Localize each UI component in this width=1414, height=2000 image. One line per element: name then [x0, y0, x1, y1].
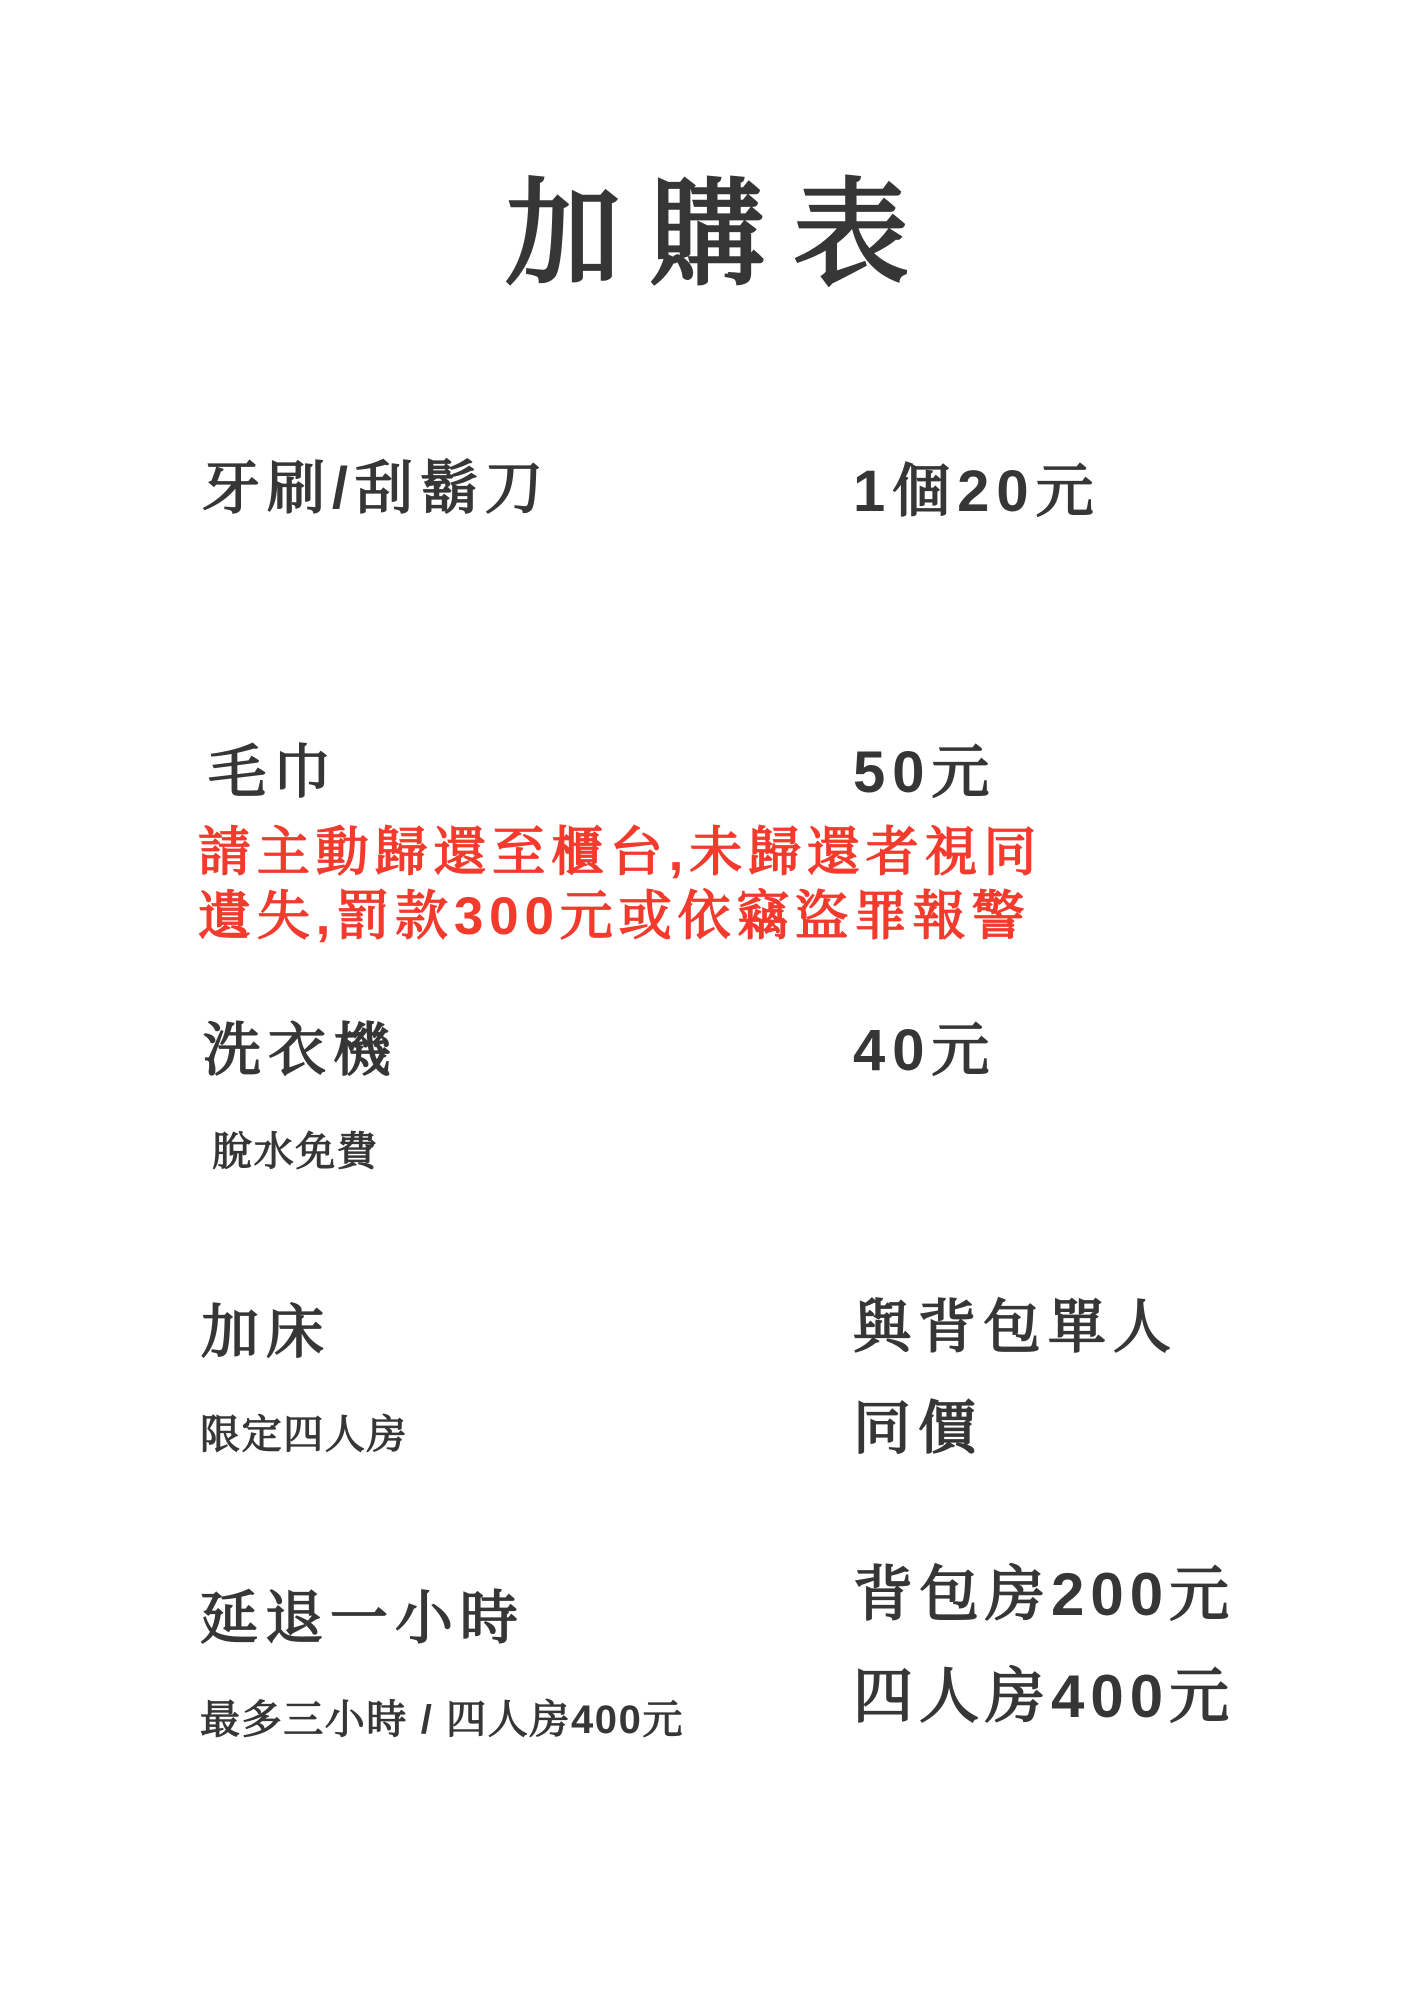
item-price-extra-bed-line-2: 同價 — [853, 1400, 983, 1458]
item-price-toothbrush-razor: 1個20元 — [853, 463, 1101, 521]
item-name-toothbrush-razor: 牙刷/刮鬍刀 — [202, 460, 550, 518]
item-price-late-checkout-line-1: 背包房200元 — [853, 1565, 1235, 1625]
item-name-towel: 毛巾 — [208, 744, 338, 802]
price-sheet: 加購表 牙刷/刮鬍刀 1個20元 毛巾 50元 請主動歸還至櫃台,未歸還者視同 … — [0, 0, 1414, 2000]
item-price-late-checkout-line-2: 四人房400元 — [853, 1667, 1235, 1727]
item-note-washing-machine: 脫水免費 — [212, 1132, 378, 1172]
item-price-extra-bed-line-1: 與背包單人 — [853, 1299, 1178, 1357]
item-warning-line-1: 請主動歸還至櫃台,未歸還者視同 — [198, 826, 1042, 879]
item-name-washing-machine: 洗衣機 — [203, 1022, 398, 1080]
item-name-extra-bed: 加床 — [201, 1304, 331, 1362]
item-name-late-checkout: 延退一小時 — [200, 1590, 525, 1648]
item-warning-line-2: 遺失,罰款300元或依竊盜罪報警 — [198, 890, 1030, 943]
item-note-late-checkout: 最多三小時 / 四人房400元 — [200, 1700, 684, 1740]
item-price-towel: 50元 — [853, 744, 996, 802]
item-note-extra-bed: 限定四人房 — [200, 1415, 408, 1455]
page-title: 加購表 — [0, 176, 1414, 292]
item-price-washing-machine: 40元 — [853, 1022, 996, 1080]
